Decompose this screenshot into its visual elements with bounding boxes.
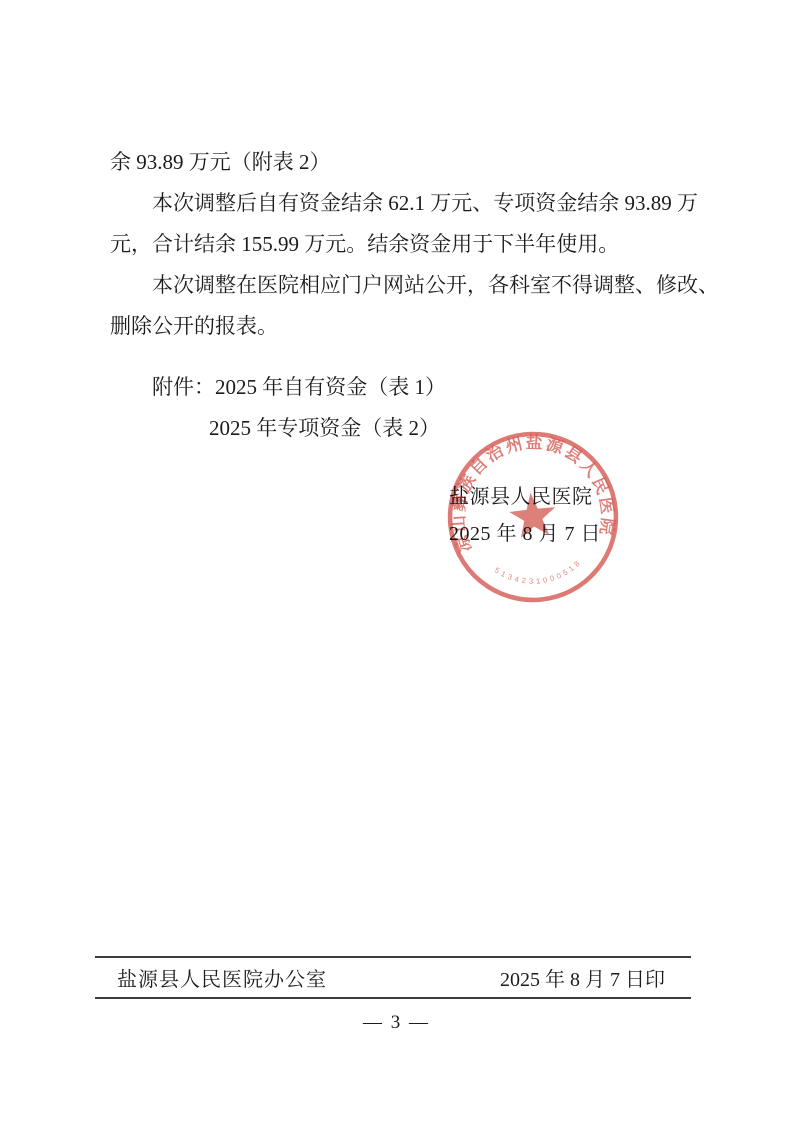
official-seal-stamp-icon: 凉山彝族自治州盐源县人民医院 5134231000518: [435, 419, 631, 615]
body-text: 余 93.89 万元（附表 2） 本次调整后自有资金结余 62.1 万元、专项资…: [110, 142, 688, 347]
body-line: 本次调整在医院相应门户网站公开，各科室不得调整、修改、: [110, 265, 688, 306]
page-number: — 3 —: [0, 1012, 793, 1034]
svg-text:凉山彝族自治州盐源县人民医院: 凉山彝族自治州盐源县人民医院: [440, 423, 620, 555]
issuing-office: 盐源县人民医院办公室: [117, 963, 327, 992]
seal-serial-number: 5134231000518: [492, 556, 585, 590]
attachments-label: 附件：: [152, 375, 215, 399]
print-date: 2025 年 8 月 7 日印: [500, 963, 665, 992]
body-line: 余 93.89 万元（附表 2）: [110, 142, 688, 183]
svg-text:5134231000518: 5134231000518: [492, 556, 585, 590]
document-page: 余 93.89 万元（附表 2） 本次调整后自有资金结余 62.1 万元、专项资…: [0, 0, 793, 1122]
attachment-item: 2025 年自有资金（表 1）: [215, 375, 446, 399]
colophon-bar: 盐源县人民医院办公室 2025 年 8 月 7 日印: [95, 956, 691, 999]
seal-arc-text: 凉山彝族自治州盐源县人民医院: [440, 423, 620, 555]
seal-star-icon: [508, 490, 558, 538]
attachment-item: 2025 年专项资金（表 2）: [209, 416, 440, 440]
body-line: 元，合计结余 155.99 万元。结余资金用于下半年使用。: [110, 224, 688, 265]
attachment-line: 附件：2025 年自有资金（表 1）: [110, 367, 688, 408]
body-line: 本次调整后自有资金结余 62.1 万元、专项资金结余 93.89 万: [110, 183, 688, 224]
body-line: 删除公开的报表。: [110, 306, 688, 347]
